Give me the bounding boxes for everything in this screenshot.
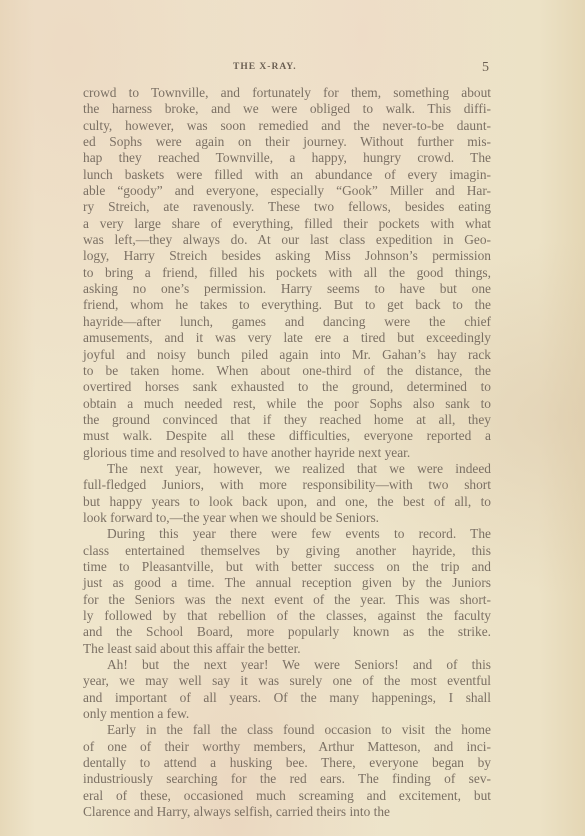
text-line: Ah! but the next year! We were Seniors! … xyxy=(83,657,491,673)
text-line: ly followed by that rebellion of the cla… xyxy=(83,608,491,624)
text-line: look forward to,—the year when we should… xyxy=(83,510,491,526)
text-line: of one of their worthy members, Arthur M… xyxy=(83,739,491,755)
paragraph: Early in the fall the class found occasi… xyxy=(83,722,491,820)
text-line: joyful and noisy bunch piled again into … xyxy=(83,347,491,363)
text-line: logy, Harry Streich besides asking Miss … xyxy=(83,248,491,264)
text-line: Clarence and Harry, always selfish, carr… xyxy=(83,804,491,820)
running-title: THE X-RAY. xyxy=(233,62,297,72)
text-line: and the School Board, more popularly kno… xyxy=(83,624,491,640)
text-line: crowd to Townville, and fortunately for … xyxy=(83,85,491,101)
text-line: to be taken home. When about one-third o… xyxy=(83,363,491,379)
text-line: and important of all years. Of the many … xyxy=(83,690,491,706)
text-line: only mention a few. xyxy=(83,706,491,722)
text-line: able “goody” and everyone, especially “G… xyxy=(83,183,491,199)
text-line: ed Sophs were again on their journey. Wi… xyxy=(83,134,491,150)
text-line: The least said about this affair the bet… xyxy=(83,641,491,657)
text-line: During this year there were few events t… xyxy=(83,526,491,542)
text-line: dentally to attend a husking bee. There,… xyxy=(83,755,491,771)
text-line: overtired horses sank exhausted to the g… xyxy=(83,379,491,395)
text-line: but happy years to look back upon, and o… xyxy=(83,494,491,510)
text-line: a very large share of everything, filled… xyxy=(83,216,491,232)
text-line: to bring a friend, filled his pockets wi… xyxy=(83,265,491,281)
text-line: hap they reached Townville, a happy, hun… xyxy=(83,150,491,166)
text-line: asking no one’s permission. Harry seems … xyxy=(83,281,491,297)
text-line: The next year, however, we realized that… xyxy=(83,461,491,477)
page-header: THE X-RAY. 5 xyxy=(83,60,491,78)
text-line: year, we may well say it was surely one … xyxy=(83,673,491,689)
body-text: crowd to Townville, and fortunately for … xyxy=(83,85,491,820)
scanned-page: THE X-RAY. 5 crowd to Townville, and for… xyxy=(0,0,585,836)
text-line: just as good a time. The annual receptio… xyxy=(83,575,491,591)
text-line: full-fledged Juniors, with more responsi… xyxy=(83,477,491,493)
text-line: must walk. Despite all these difficultie… xyxy=(83,428,491,444)
text-line: culty, however, was soon remedied and th… xyxy=(83,118,491,134)
text-line: the harness broke, and we were obliged t… xyxy=(83,101,491,117)
text-line: lunch baskets were filled with an abunda… xyxy=(83,167,491,183)
text-line: eral of these, occasioned much screaming… xyxy=(83,788,491,804)
paragraph: During this year there were few events t… xyxy=(83,526,491,657)
paragraph: crowd to Townville, and fortunately for … xyxy=(83,85,491,461)
text-line: obtain a much needed rest, while the poo… xyxy=(83,396,491,412)
text-line: time to Pleasantville, but with better s… xyxy=(83,559,491,575)
text-line: hayride—after lunch, games and dancing w… xyxy=(83,314,491,330)
text-line: amusements, and it was very late ere a t… xyxy=(83,330,491,346)
page-number: 5 xyxy=(482,60,489,76)
text-line: was left,—they always do. At our last cl… xyxy=(83,232,491,248)
text-line: class entertained themselves by giving a… xyxy=(83,543,491,559)
text-line: the ground convinced that if they reache… xyxy=(83,412,491,428)
text-line: Early in the fall the class found occasi… xyxy=(83,722,491,738)
text-line: for the Seniors was the next event of th… xyxy=(83,592,491,608)
text-line: industriously searching for the red ears… xyxy=(83,771,491,787)
text-line: ry Streich, ate ravenously. These two fe… xyxy=(83,199,491,215)
text-line: glorious time and resolved to have anoth… xyxy=(83,445,491,461)
paragraph: The next year, however, we realized that… xyxy=(83,461,491,526)
text-line: friend, whom he takes to everything. But… xyxy=(83,297,491,313)
paragraph: Ah! but the next year! We were Seniors! … xyxy=(83,657,491,722)
